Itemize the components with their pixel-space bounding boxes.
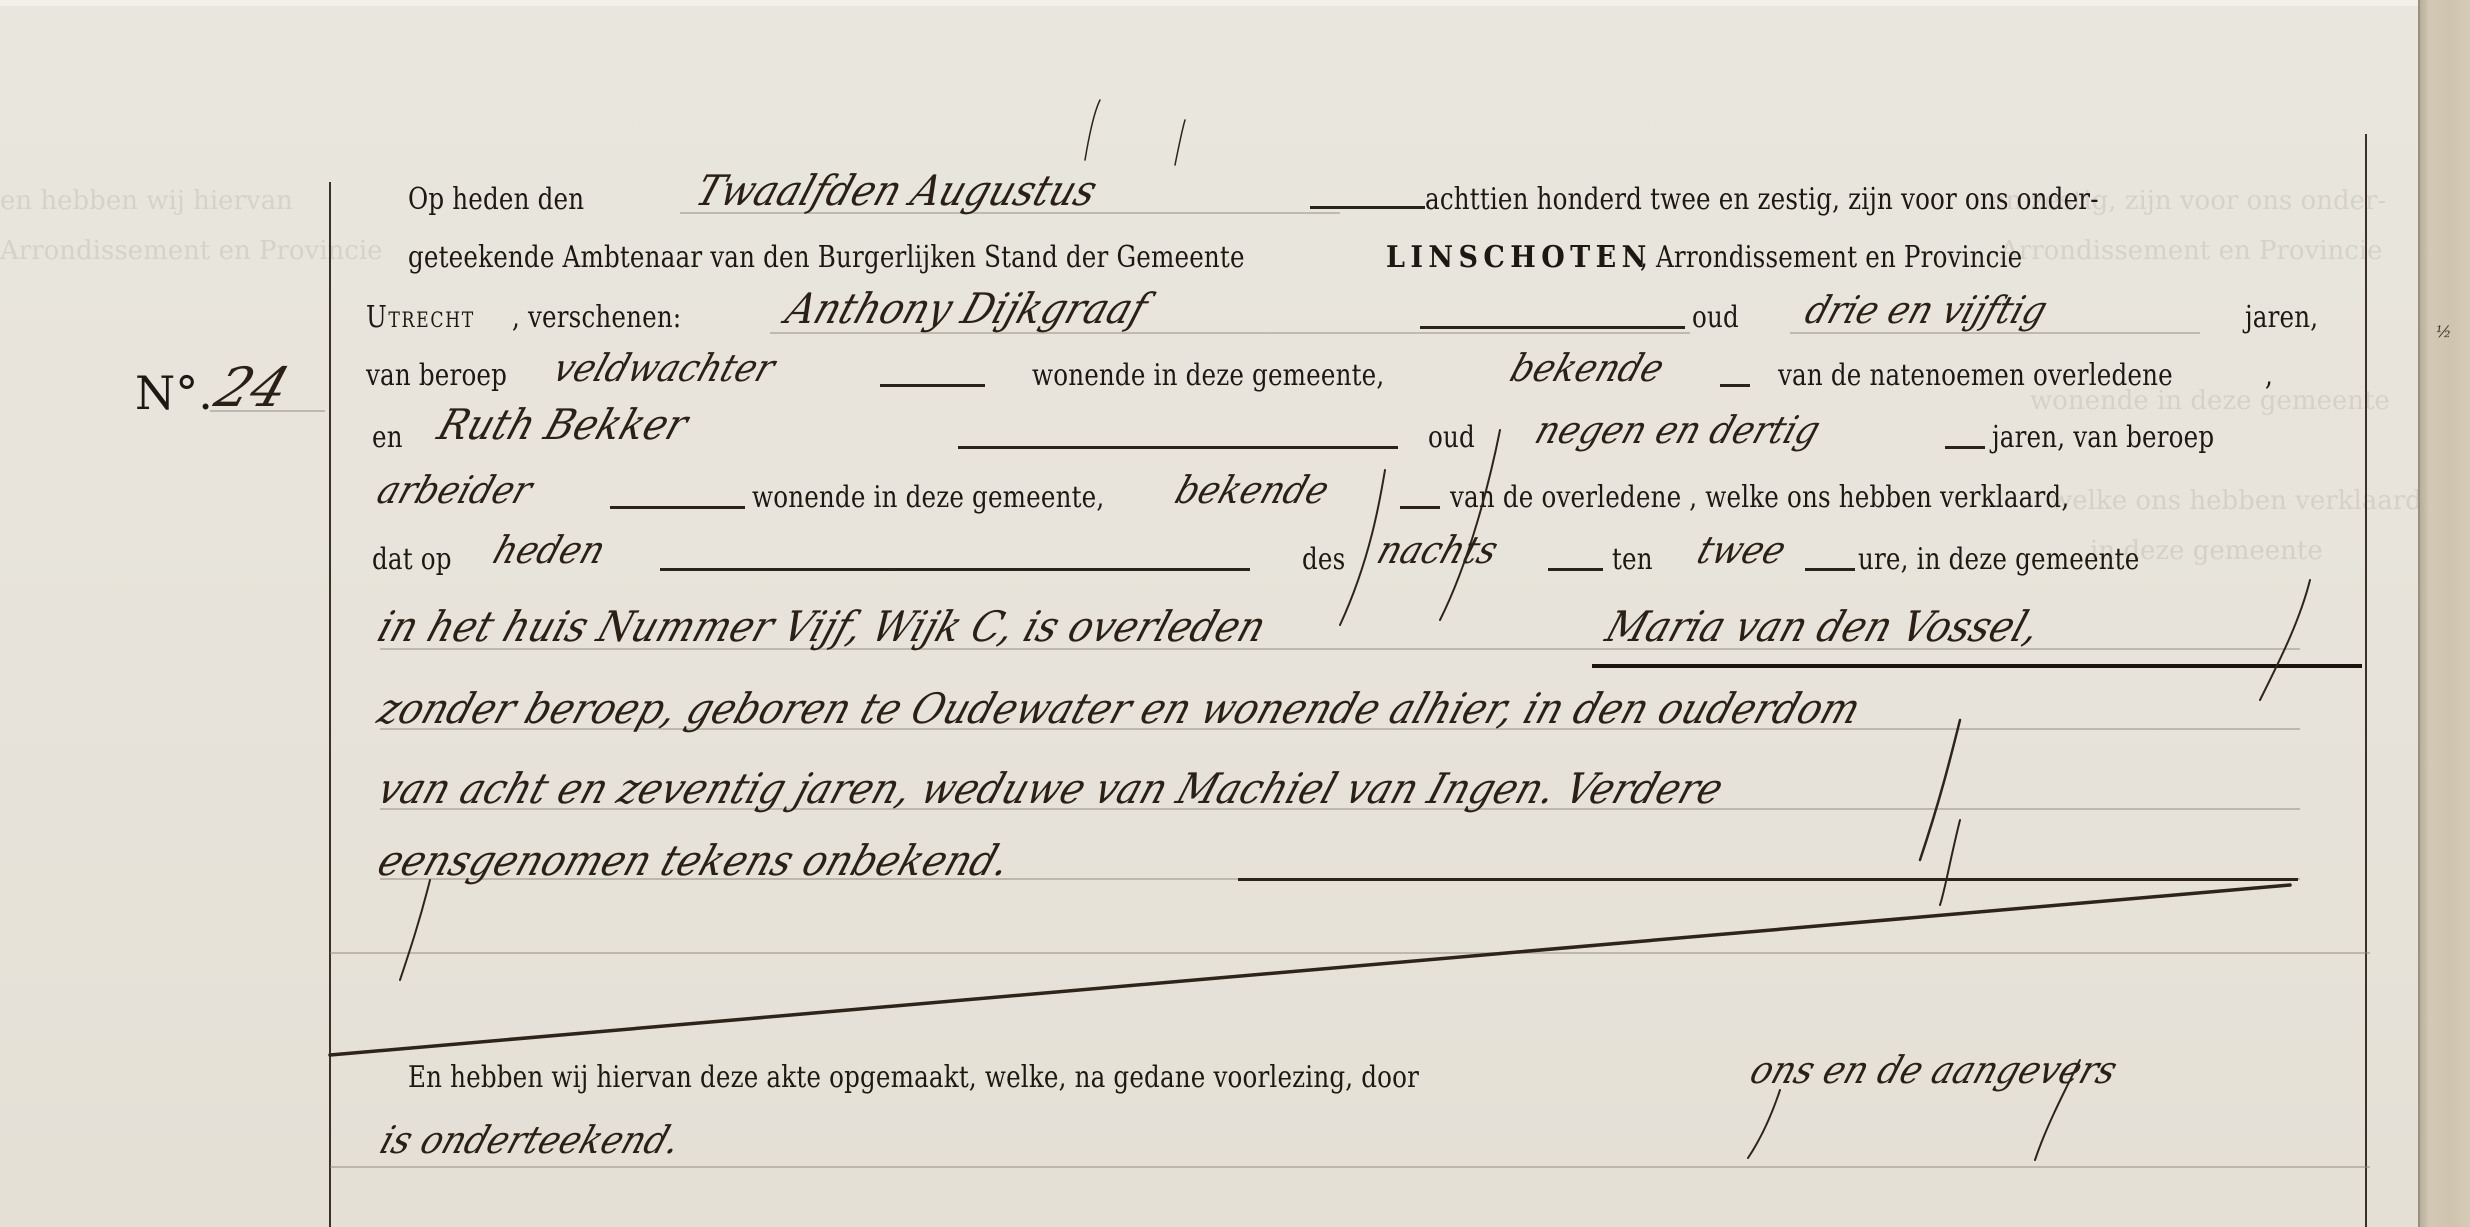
page-edge-mark: ½ [2436,322,2452,341]
cancellation-line [330,885,2290,1055]
book-binding-edge [2418,0,2470,1227]
ink-strokes [0,0,2470,1227]
